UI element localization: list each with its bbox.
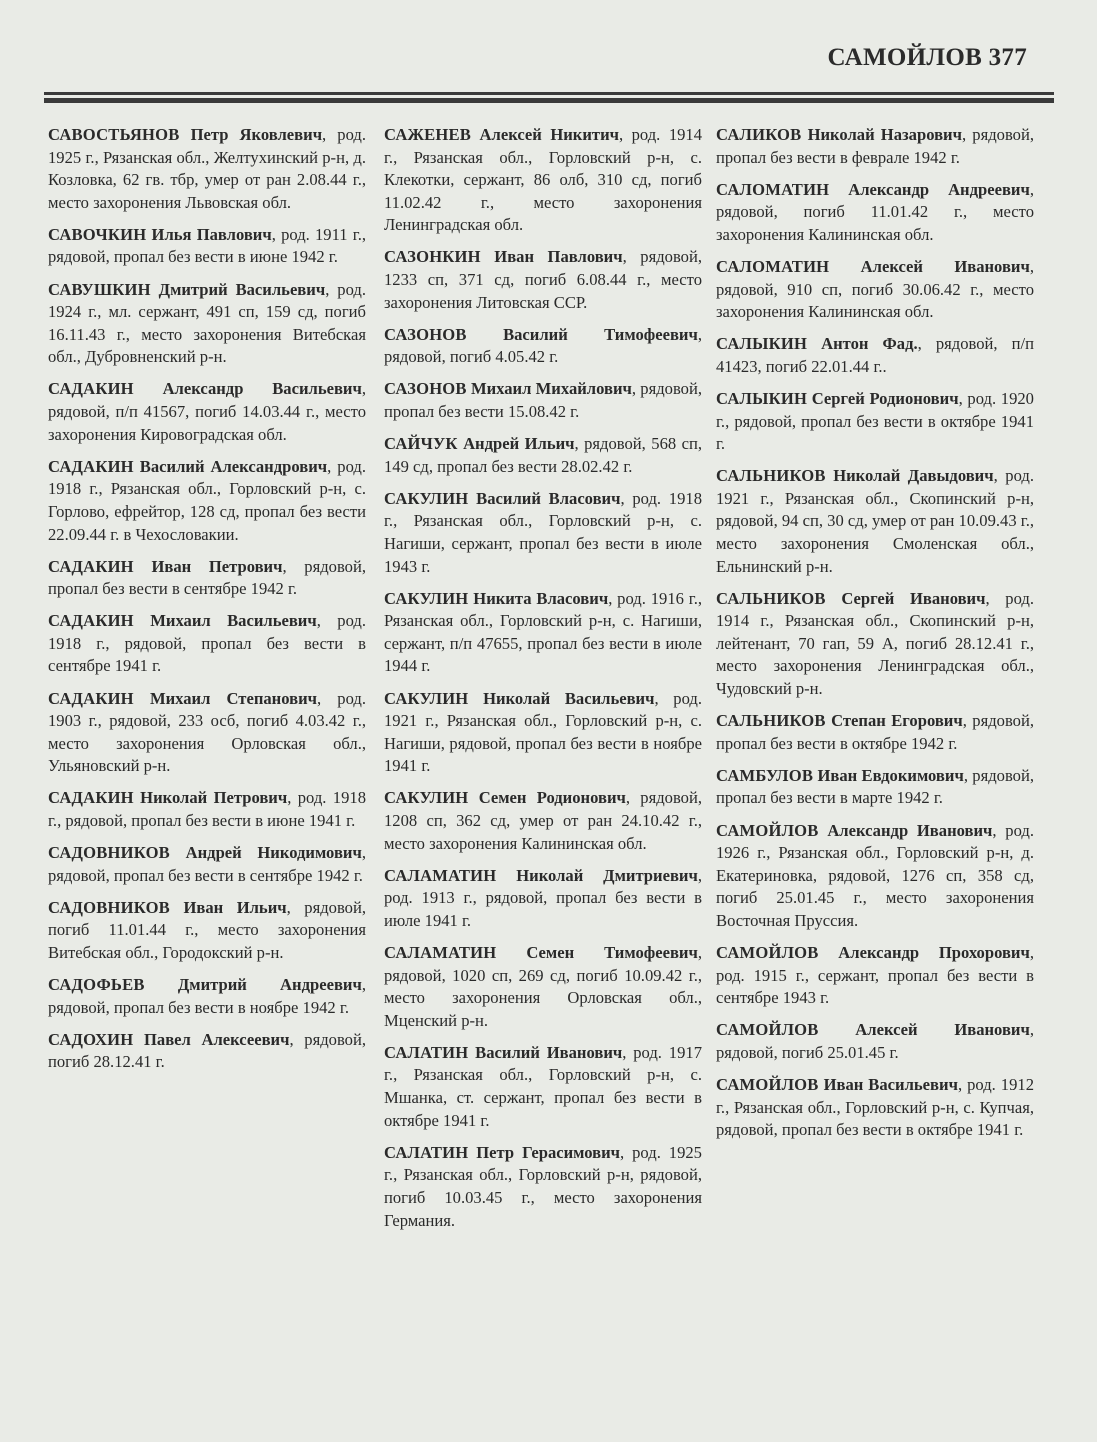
entry: САДОВНИКОВ Иван Ильич, рядовой, погиб 11… (48, 897, 366, 965)
entry-surname: САЗОНКИН (384, 247, 481, 266)
entry: САЗОНКИН Иван Павлович, рядовой, 1233 сп… (384, 246, 702, 314)
rule-line-thin (44, 92, 1054, 95)
entry-given-name: Дмитрий Васильевич (159, 280, 326, 299)
entry-given-name: Андрей Ильич (463, 434, 574, 453)
entry: САЛАМАТИН Семен Тимофеевич, рядовой, 102… (384, 942, 702, 1032)
entry-surname: САЛАТИН (384, 1143, 468, 1162)
entry-surname: САЛОМАТИН (716, 180, 829, 199)
entry: САМОЙЛОВ Александр Иванович, род. 1926 г… (716, 820, 1034, 933)
entry-given-name: Николай Петрович (140, 788, 287, 807)
entry-surname: САЛЬНИКОВ (716, 711, 826, 730)
entry-given-name: Николай Дмитриевич (516, 866, 698, 885)
entry-surname: САЛОМАТИН (716, 257, 829, 276)
entry-given-name: Александр Прохорович (838, 943, 1030, 962)
entry-surname: САЖЕНЕВ (384, 125, 471, 144)
entry-surname: САЛЫКИН (716, 334, 807, 353)
entry: САМБУЛОВ Иван Евдокимович, рядовой, проп… (716, 765, 1034, 810)
entry-surname: САДАКИН (48, 557, 134, 576)
entry-surname: САВУШКИН (48, 280, 151, 299)
entry: САЛЫКИН Антон Фад., рядовой, п/п 41423, … (716, 333, 1034, 378)
running-head: САМОЙЛОВ 377 (828, 44, 1027, 72)
entry-surname: САЛАМАТИН (384, 943, 496, 962)
entry-given-name: Степан Егорович (831, 711, 963, 730)
entry-given-name: Дмитрий Андреевич (178, 975, 362, 994)
entry-surname: САЛЬНИКОВ (716, 589, 826, 608)
entry-given-name: Алексей Иванович (855, 1020, 1030, 1039)
entry: САМОЙЛОВ Алексей Иванович, рядовой, поги… (716, 1019, 1034, 1064)
entry: САДАКИН Михаил Васильевич, род. 1918 г.,… (48, 610, 366, 678)
entry-surname: САДОФЬЕВ (48, 975, 145, 994)
entry-surname: САДОВНИКОВ (48, 898, 170, 917)
entry: САЛИКОВ Николай Назарович, рядовой, проп… (716, 124, 1034, 169)
entry-given-name: Антон Фад. (821, 334, 918, 353)
entry: САЙЧУК Андрей Ильич, рядовой, 568 сп, 14… (384, 433, 702, 478)
entry: САДОФЬЕВ Дмитрий Андреевич, рядовой, про… (48, 974, 366, 1019)
entry-given-name: Александр Васильевич (163, 379, 362, 398)
entry-given-name: Семен Родионович (479, 788, 626, 807)
entry: САДОВНИКОВ Андрей Никодимович, рядовой, … (48, 842, 366, 887)
entry-surname: САЙЧУК (384, 434, 458, 453)
entry-surname: САДАКИН (48, 689, 134, 708)
entry-surname: САЛИКОВ (716, 125, 801, 144)
entry-surname: САМБУЛОВ (716, 766, 813, 785)
entry-given-name: Александр Андреевич (848, 180, 1030, 199)
entry-given-name: Иван Евдокимович (817, 766, 963, 785)
entry-given-name: Николай Давыдович (833, 466, 993, 485)
column-3: САЛИКОВ Николай Назарович, рядовой, проп… (716, 124, 1034, 1151)
entry: САДАКИН Александр Васильевич, рядовой, п… (48, 378, 366, 446)
entry-surname: САДАКИН (48, 379, 134, 398)
entry: САКУЛИН Семен Родионович, рядовой, 1208 … (384, 787, 702, 855)
entry: САВУШКИН Дмитрий Васильевич, род. 1924 г… (48, 279, 366, 369)
entry-surname: САЗОНОВ (384, 325, 467, 344)
entry-surname: САВОСТЬЯНОВ (48, 125, 180, 144)
entry-surname: САДАКИН (48, 457, 134, 476)
entry: САДАКИН Иван Петрович, рядовой, пропал б… (48, 556, 366, 601)
entry: САВОСТЬЯНОВ Петр Яковлевич, род. 1925 г.… (48, 124, 366, 214)
entry: САЛЫКИН Сергей Родионович, род. 1920 г.,… (716, 388, 1034, 456)
entry-given-name: Никита Власович (473, 589, 608, 608)
entry-given-name: Сергей Иванович (841, 589, 985, 608)
entry-given-name: Алексей Иванович (861, 257, 1030, 276)
entry: САДОХИН Павел Алексеевич, рядовой, погиб… (48, 1029, 366, 1074)
entry-surname: САДОВНИКОВ (48, 843, 170, 862)
entry-given-name: Иван Васильевич (824, 1075, 958, 1094)
entry-given-name: Василий Тимофеевич (503, 325, 698, 344)
entry-given-name: Иван Павлович (494, 247, 622, 266)
entry: САЛАТИН Петр Герасимович, род. 1925 г., … (384, 1142, 702, 1232)
column-2: САЖЕНЕВ Алексей Никитич, род. 1914 г., Р… (384, 124, 702, 1242)
entry: САКУЛИН Василий Власович, род. 1918 г., … (384, 488, 702, 578)
entry-given-name: Александр Иванович (827, 821, 992, 840)
entry: САЛОМАТИН Алексей Иванович, рядовой, 910… (716, 256, 1034, 324)
entry-surname: САКУЛИН (384, 489, 468, 508)
entry-given-name: Петр Яковлевич (191, 125, 322, 144)
entry: САДАКИН Николай Петрович, род. 1918 г., … (48, 787, 366, 832)
entry-given-name: Василий Иванович (475, 1043, 622, 1062)
entry: САЗОНОВ Михаил Михайлович, рядовой, проп… (384, 378, 702, 423)
entry: САКУЛИН Никита Власович, род. 1916 г., Р… (384, 588, 702, 678)
entry-surname: САДАКИН (48, 788, 134, 807)
entry-given-name: Сергей Родионович (812, 389, 959, 408)
entry-surname: САДОХИН (48, 1030, 133, 1049)
entry-given-name: Михаил Михайлович (471, 379, 632, 398)
entry-surname: САЛЬНИКОВ (716, 466, 826, 485)
entry-surname: САМОЙЛОВ (716, 1075, 819, 1094)
entry-surname: САКУЛИН (384, 788, 468, 807)
entry: САЛАТИН Василий Иванович, род. 1917 г., … (384, 1042, 702, 1132)
rule-line-thick (44, 98, 1054, 103)
entry-surname: САДАКИН (48, 611, 134, 630)
entry-given-name: Иван Ильич (183, 898, 286, 917)
entry-surname: САЗОНОВ (384, 379, 467, 398)
entry: САКУЛИН Николай Васильевич, род. 1921 г.… (384, 688, 702, 778)
entry: САДАКИН Василий Александрович, род. 1918… (48, 456, 366, 546)
header-double-rule (44, 92, 1054, 105)
entry-given-name: Павел Алексеевич (144, 1030, 289, 1049)
entry-given-name: Иван Петрович (151, 557, 282, 576)
column-1: САВОСТЬЯНОВ Петр Яковлевич, род. 1925 г.… (48, 124, 366, 1083)
entry: САЖЕНЕВ Алексей Никитич, род. 1914 г., Р… (384, 124, 702, 237)
entry-surname: САЛЫКИН (716, 389, 807, 408)
entry-surname: САЛАМАТИН (384, 866, 496, 885)
entry-given-name: Николай Васильевич (483, 689, 654, 708)
entry: САЛЬНИКОВ Степан Егорович, рядовой, проп… (716, 710, 1034, 755)
entry-given-name: Семен Тимофеевич (526, 943, 697, 962)
entry-surname: САМОЙЛОВ (716, 1020, 819, 1039)
entry: САЛЬНИКОВ Сергей Иванович, род. 1914 г.,… (716, 588, 1034, 701)
entry-surname: САКУЛИН (384, 589, 468, 608)
entry-surname: САКУЛИН (384, 689, 468, 708)
entry: САДАКИН Михаил Степанович, род. 1903 г.,… (48, 688, 366, 778)
entry: САЛАМАТИН Николай Дмитриевич, род. 1913 … (384, 865, 702, 933)
entry-surname: САМОЙЛОВ (716, 821, 819, 840)
entry-surname: САЛАТИН (384, 1043, 468, 1062)
entry-given-name: Михаил Степанович (150, 689, 317, 708)
entry-given-name: Николай Назарович (808, 125, 962, 144)
entry: САВОЧКИН Илья Павлович, род. 1911 г., ря… (48, 224, 366, 269)
entry-surname: САВОЧКИН (48, 225, 146, 244)
entry: САЛОМАТИН Александр Андреевич, рядовой, … (716, 179, 1034, 247)
entry-given-name: Петр Герасимович (476, 1143, 620, 1162)
entry-given-name: Илья Павлович (152, 225, 272, 244)
entry-surname: САМОЙЛОВ (716, 943, 819, 962)
entry-given-name: Михаил Васильевич (150, 611, 317, 630)
entry: САМОЙЛОВ Иван Васильевич, род. 1912 г., … (716, 1074, 1034, 1142)
entry: САЛЬНИКОВ Николай Давыдович, род. 1921 г… (716, 465, 1034, 578)
entry-given-name: Алексей Никитич (480, 125, 619, 144)
entry-given-name: Василий Александрович (140, 457, 327, 476)
entry: САЗОНОВ Василий Тимофеевич, рядовой, пог… (384, 324, 702, 369)
entry-given-name: Андрей Никодимович (186, 843, 362, 862)
entry-given-name: Василий Власович (476, 489, 620, 508)
entry: САМОЙЛОВ Александр Прохорович, род. 1915… (716, 942, 1034, 1010)
